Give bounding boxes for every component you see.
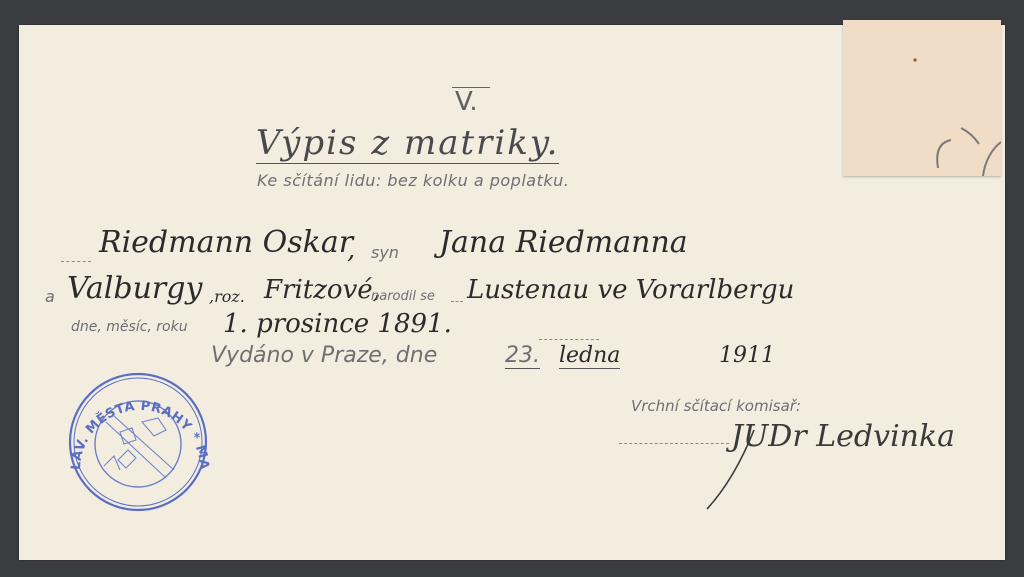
date-label: dne, měsíc, roku bbox=[71, 319, 188, 335]
issued-label: Vydáno v Praze, dne bbox=[211, 343, 437, 368]
issued-day: 23. bbox=[505, 343, 540, 369]
fill-dash bbox=[61, 261, 91, 262]
document-subtitle: Ke sčítání lidu: bez kolku a poplatku. bbox=[257, 171, 569, 190]
signature-flourish bbox=[699, 425, 759, 515]
stamp-cancel-mark bbox=[843, 20, 1001, 176]
father-name: Jana Riedmanna bbox=[439, 225, 688, 260]
section-numeral: V. bbox=[455, 87, 478, 117]
issued-year: 1911 bbox=[719, 343, 775, 368]
comma: , bbox=[347, 235, 355, 265]
fill-dash bbox=[539, 339, 599, 340]
a-label: a bbox=[45, 287, 55, 306]
maiden-name: Fritzové, bbox=[264, 275, 381, 305]
signatory-title: Vrchní sčítací komisař: bbox=[631, 397, 801, 415]
birth-place: Lustenau ve Vorarlbergu bbox=[467, 275, 794, 305]
birth-date: 1. prosince 1891. bbox=[223, 309, 452, 339]
revenue-stamp-fragment bbox=[843, 20, 1001, 176]
svg-text:LAV. MĚSTA PRAHY * MAGIST: LAV. MĚSTA PRAHY * MAGIST bbox=[58, 370, 211, 471]
born-label: narodil se bbox=[371, 289, 435, 304]
signature: JUDr Ledvinka bbox=[731, 419, 955, 454]
seal-text: LAV. MĚSTA PRAHY * MAGIST bbox=[58, 370, 211, 471]
mother-name: Valburgy bbox=[67, 271, 202, 306]
child-name: Riedmann Oskar bbox=[99, 225, 353, 260]
syn-label: syn bbox=[371, 243, 399, 262]
document-title: Výpis z matriky. bbox=[256, 123, 559, 164]
fill-dash bbox=[451, 301, 463, 302]
issued-month: ledna bbox=[559, 343, 620, 369]
magistrate-seal: LAV. MĚSTA PRAHY * MAGIST bbox=[58, 370, 218, 520]
roz-label: ,roz. bbox=[209, 287, 245, 306]
